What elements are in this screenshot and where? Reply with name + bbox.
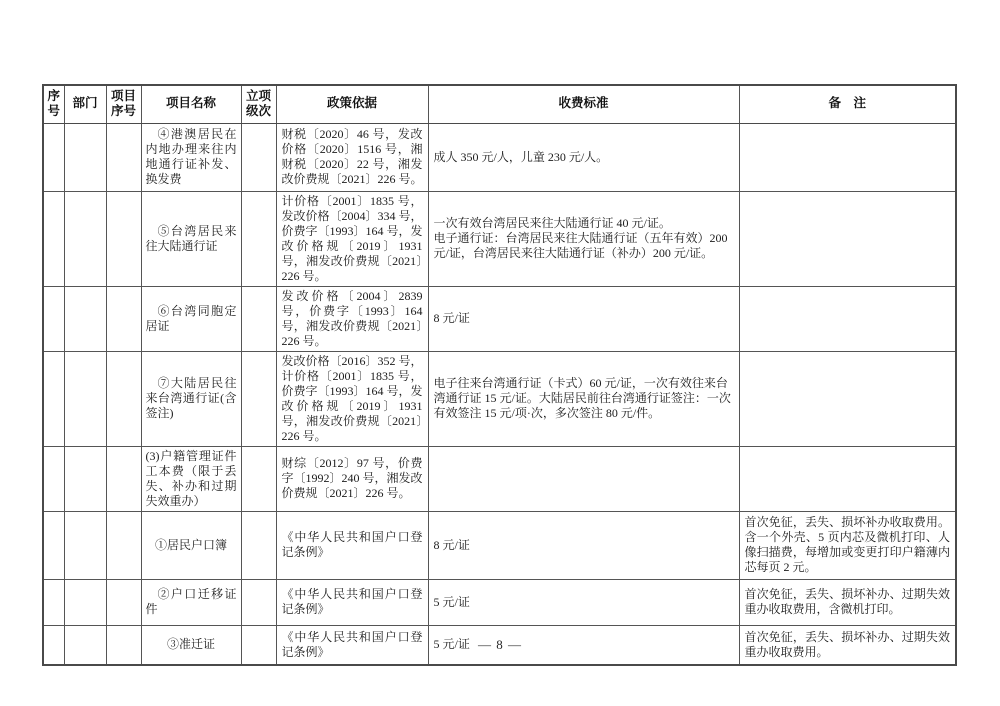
cell-approval-level — [241, 286, 276, 351]
cell-project-name: ⑦大陆居民往来台湾通行证(含签注) — [141, 351, 241, 446]
cell-remarks — [739, 446, 956, 511]
cell-project-name: (3)户籍管理证件工本费（限于丢失、补办和过期失效重办） — [141, 446, 241, 511]
col-header-fee-standard: 收费标准 — [428, 85, 739, 123]
cell-fee-standard: 一次有效台湾居民来往大陆通行证 40 元/证。 电子通行证：台湾居民来往大陆通行… — [428, 191, 739, 286]
table-row: ④港澳居民在内地办理来往内地通行证补发、换发费 财税〔2020〕46 号，发改价… — [43, 123, 956, 191]
cell-serial-no — [43, 351, 64, 446]
cell-serial-no — [43, 579, 64, 625]
cell-serial-no — [43, 286, 64, 351]
cell-fee-standard: 8 元/证 — [428, 286, 739, 351]
header-row: 序 号 部门 项目 序号 项目名称 立项 级次 政策依据 收费标准 备 注 — [43, 85, 956, 123]
cell-remarks: 首次免征，丢失、损坏补办、过期失效重办收取费用，含微机打印。 — [739, 579, 956, 625]
col-header-project-name: 项目名称 — [141, 85, 241, 123]
document-page: 序 号 部门 项目 序号 项目名称 立项 级次 政策依据 收费标准 备 注 ④港… — [0, 0, 1000, 706]
cell-project-no — [106, 511, 141, 579]
cell-fee-standard: 成人 350 元/人，儿童 230 元/人。 — [428, 123, 739, 191]
cell-project-name: ⑥台湾同胞定居证 — [141, 286, 241, 351]
cell-approval-level — [241, 446, 276, 511]
cell-policy-basis: 《中华人民共和国户口登记条例》 — [276, 579, 428, 625]
cell-serial-no — [43, 446, 64, 511]
cell-approval-level — [241, 579, 276, 625]
cell-department — [64, 286, 106, 351]
col-header-project-no: 项目 序号 — [106, 85, 141, 123]
cell-project-name: ①居民户口簿 — [141, 511, 241, 579]
cell-policy-basis: 财税〔2020〕46 号，发改价格〔2020〕1516 号，湘财税〔2020〕2… — [276, 123, 428, 191]
col-header-serial-no: 序 号 — [43, 85, 64, 123]
cell-serial-no — [43, 123, 64, 191]
cell-project-name: ②户口迁移证件 — [141, 579, 241, 625]
cell-department — [64, 446, 106, 511]
cell-project-no — [106, 579, 141, 625]
cell-department — [64, 511, 106, 579]
cell-policy-basis: 财综〔2012〕97 号，价费字〔1992〕240 号，湘发改价费规〔2021〕… — [276, 446, 428, 511]
cell-remarks: 首次免征，丢失、损坏补办收取费用。含一个外壳、5 页内芯及微机打印、人像扫描费，… — [739, 511, 956, 579]
cell-remarks — [739, 351, 956, 446]
table-row: ⑥台湾同胞定居证 发改价格〔2004〕2839 号，价费字〔1993〕164 号… — [43, 286, 956, 351]
table-row: ②户口迁移证件 《中华人民共和国户口登记条例》 5 元/证 首次免征，丢失、损坏… — [43, 579, 956, 625]
cell-project-name: ⑤台湾居民来往大陆通行证 — [141, 191, 241, 286]
cell-project-no — [106, 286, 141, 351]
cell-department — [64, 351, 106, 446]
cell-policy-basis: 《中华人民共和国户口登记条例》 — [276, 511, 428, 579]
cell-serial-no — [43, 511, 64, 579]
cell-remarks — [739, 123, 956, 191]
cell-department — [64, 123, 106, 191]
cell-fee-standard: 8 元/证 — [428, 511, 739, 579]
col-header-remarks: 备 注 — [739, 85, 956, 123]
table-row: (3)户籍管理证件工本费（限于丢失、补办和过期失效重办） 财综〔2012〕97 … — [43, 446, 956, 511]
col-header-approval-level: 立项 级次 — [241, 85, 276, 123]
cell-project-no — [106, 123, 141, 191]
cell-department — [64, 579, 106, 625]
cell-remarks — [739, 286, 956, 351]
cell-policy-basis: 计价格〔2001〕1835 号，发改价格〔2004〕334 号，价费字〔1993… — [276, 191, 428, 286]
cell-approval-level — [241, 191, 276, 286]
table-row: ⑦大陆居民往来台湾通行证(含签注) 发改价格〔2016〕352 号，计价格〔20… — [43, 351, 956, 446]
cell-serial-no — [43, 191, 64, 286]
cell-project-name: ④港澳居民在内地办理来往内地通行证补发、换发费 — [141, 123, 241, 191]
cell-project-no — [106, 351, 141, 446]
col-header-department: 部门 — [64, 85, 106, 123]
cell-approval-level — [241, 511, 276, 579]
cell-policy-basis: 发改价格〔2004〕2839 号，价费字〔1993〕164 号，湘发改价费规〔2… — [276, 286, 428, 351]
col-header-policy-basis: 政策依据 — [276, 85, 428, 123]
cell-approval-level — [241, 123, 276, 191]
cell-policy-basis: 发改价格〔2016〕352 号，计价格〔2001〕1835 号，价费字〔1993… — [276, 351, 428, 446]
cell-project-no — [106, 191, 141, 286]
fee-table: 序 号 部门 项目 序号 项目名称 立项 级次 政策依据 收费标准 备 注 ④港… — [42, 84, 957, 666]
cell-remarks — [739, 191, 956, 286]
page-number: — 8 — — [0, 637, 1000, 653]
table-row: ①居民户口簿 《中华人民共和国户口登记条例》 8 元/证 首次免征，丢失、损坏补… — [43, 511, 956, 579]
cell-fee-standard — [428, 446, 739, 511]
cell-fee-standard: 5 元/证 — [428, 579, 739, 625]
cell-fee-standard: 电子往来台湾通行证（卡式）60 元/证，一次有效往来台湾通行证 15 元/证。大… — [428, 351, 739, 446]
cell-department — [64, 191, 106, 286]
cell-approval-level — [241, 351, 276, 446]
cell-project-no — [106, 446, 141, 511]
table-row: ⑤台湾居民来往大陆通行证 计价格〔2001〕1835 号，发改价格〔2004〕3… — [43, 191, 956, 286]
